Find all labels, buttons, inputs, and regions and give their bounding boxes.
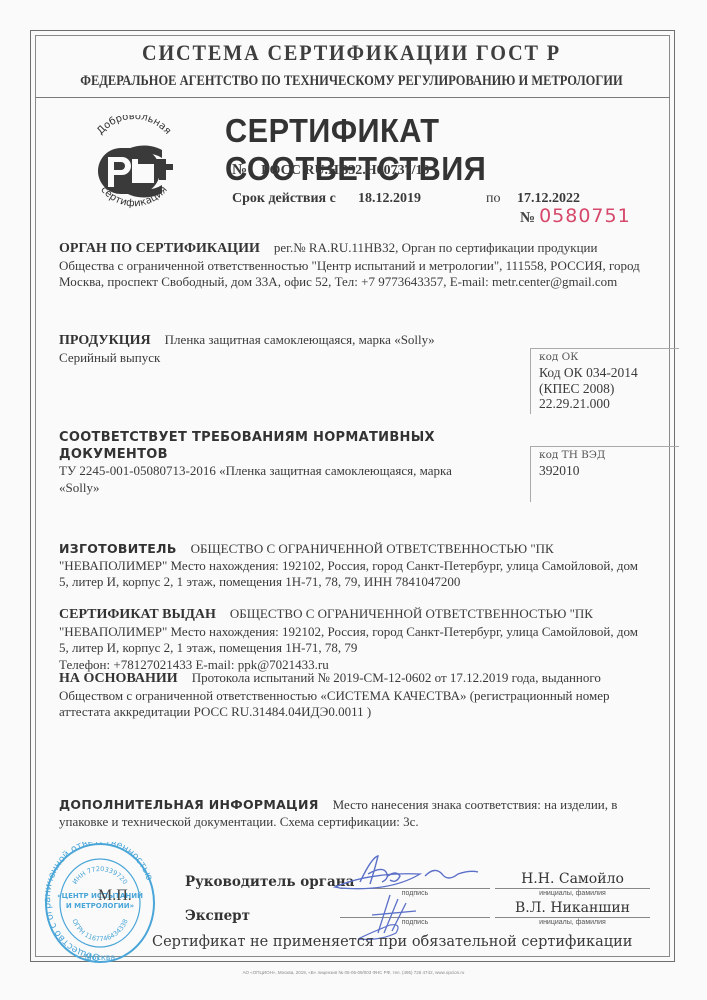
certification-body-label: ОРГАН ПО СЕРТИФИКАЦИИ — [59, 241, 260, 256]
system-title: СИСТЕМА СЕРТИФИКАЦИИ ГОСТ Р — [60, 40, 642, 66]
issued-to-section: СЕРТИФИКАТ ВЫДАНОБЩЕСТВО С ОГРАНИЧЕННОЙ … — [59, 606, 644, 673]
requirements-section: СООТВЕТСТВУЕТ ТРЕБОВАНИЯМ НОРМАТИВНЫХ ДО… — [59, 430, 529, 496]
code-ok-line-3: 22.29.21.000 — [539, 396, 679, 412]
expert-name: В.Л. Никаншин — [495, 900, 650, 916]
certificate-number: РОСС RU.HB32.H00737/19 — [261, 163, 429, 178]
number-sign: № — [232, 162, 247, 178]
valid-from: 18.12.2019 — [358, 191, 421, 207]
requirements-label: СООТВЕТСТВУЕТ ТРЕБОВАНИЯМ НОРМАТИВНЫХ ДО… — [59, 430, 515, 463]
serial-number: 0580751 — [539, 205, 631, 227]
code-ok-label: код ОК — [539, 351, 679, 363]
code-tnved-label: код ТН ВЭД — [539, 449, 679, 461]
requirements-text: ТУ 2245-001-05080713-2016 «Пленка защитн… — [59, 463, 459, 496]
blank-serial-number: №0580751 — [520, 205, 631, 227]
code-tnved-box: код ТН ВЭД 392010 — [530, 446, 679, 502]
basis-label: НА ОСНОВАНИИ — [59, 671, 178, 686]
additional-info-label: ДОПОЛНИТЕЛЬНАЯ ИНФОРМАЦИЯ — [59, 797, 319, 812]
additional-info-section: ДОПОЛНИТЕЛЬНАЯ ИНФОРМАЦИЯМесто нанесения… — [59, 797, 644, 830]
issued-to-label: СЕРТИФИКАТ ВЫДАН — [59, 607, 216, 622]
head-signature-icon — [330, 852, 490, 897]
printer-info: АО «ОПЦИОН», Москва, 2019, «В» лицензия … — [0, 970, 707, 975]
expert-name-caption: инициалы, фамилия — [495, 919, 650, 926]
certification-body-section: ОРГАН ПО СЕРТИФИКАЦИИрег.№ RA.RU.11HB32,… — [59, 240, 644, 291]
validity-label: Срок действия с — [232, 191, 336, 207]
valid-to-label: по — [486, 191, 501, 207]
basis-section: НА ОСНОВАНИИПротокола испытаний № 2019-С… — [59, 670, 644, 721]
product-label: ПРОДУКЦИЯ — [59, 333, 151, 348]
rst-voluntary-certification-logo-icon: Добровольная сертификация — [78, 115, 188, 215]
certificate-number-row: №РОСС RU.HB32.H00737/19 — [232, 162, 430, 179]
svg-text:ИНН 7720339720: ИНН 7720339720 — [71, 865, 129, 886]
code-tnved-value: 392010 — [539, 463, 679, 479]
manufacturer-label: ИЗГОТОВИТЕЛЬ — [59, 541, 177, 556]
product-section: ПРОДУКЦИЯПленка защитная самоклеющаяся, … — [59, 332, 519, 366]
voluntary-disclaimer: Сертификат не применяется при обязательн… — [152, 934, 632, 950]
seal-placeholder-label: М.П. — [98, 887, 132, 905]
head-name-caption: инициалы, фамилия — [495, 890, 650, 897]
expert-name-line — [495, 917, 650, 918]
svg-text:ОГРН 1167746434338: ОГРН 1167746434338 — [70, 918, 129, 943]
code-ok-line-2: (КПЕС 2008) — [539, 381, 679, 397]
header-divider — [35, 97, 670, 98]
expert-role-label: Эксперт — [185, 908, 250, 924]
svg-text:Добровольная: Добровольная — [95, 115, 173, 137]
head-role-label: Руководитель органа — [185, 874, 354, 890]
svg-text:Москва: Москва — [85, 953, 116, 962]
head-name: Н.Н. Самойло — [495, 871, 650, 887]
product-release: Серийный выпуск — [59, 350, 160, 365]
code-ok-line-1: Код ОК 034-2014 — [539, 365, 679, 381]
agency-title: ФЕДЕРАЛЬНОЕ АГЕНТСТВО ПО ТЕХНИЧЕСКОМУ РЕ… — [79, 73, 623, 90]
manufacturer-section: ИЗГОТОВИТЕЛЬОБЩЕСТВО С ОГРАНИЧЕННОЙ ОТВЕ… — [59, 541, 644, 591]
code-ok-box: код ОК Код ОК 034-2014 (КПЕС 2008) 22.29… — [530, 348, 679, 414]
head-name-line — [495, 888, 650, 889]
product-text: Пленка защитная самоклеющаяся, марка «So… — [165, 332, 435, 347]
serial-sign: № — [520, 210, 535, 226]
